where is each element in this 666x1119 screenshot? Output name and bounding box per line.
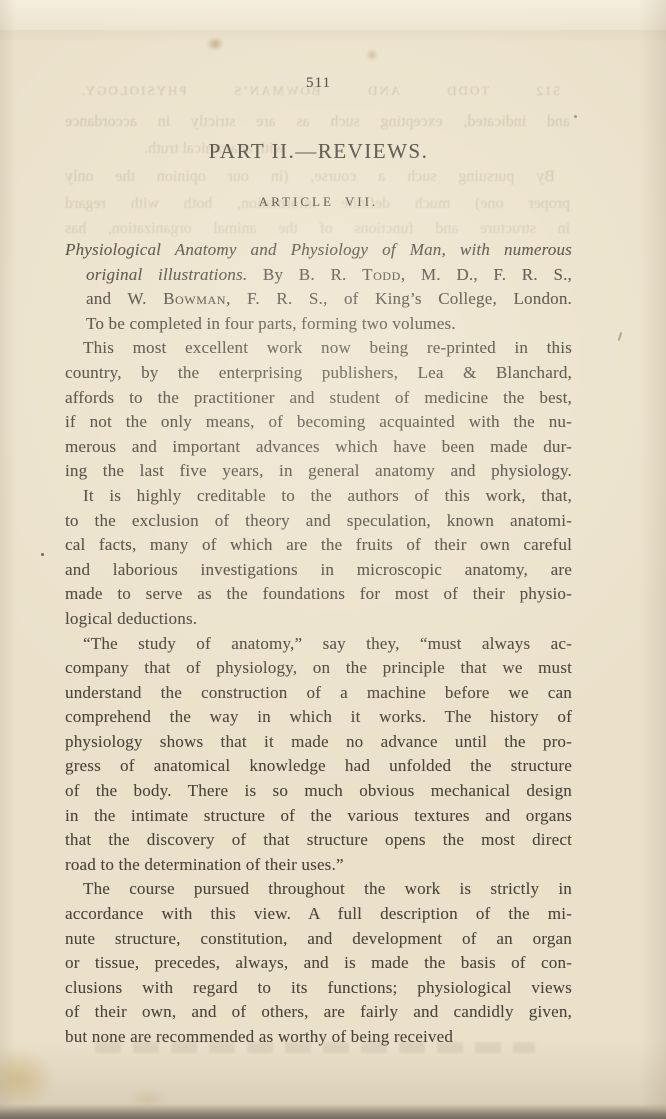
body-text-line: The course pursued throughout the work i… bbox=[65, 877, 572, 902]
body-text-line: country, by the enterprising publishers,… bbox=[65, 361, 572, 386]
body-text-line: “The study of anatomy,” say they, “must … bbox=[65, 632, 572, 657]
text-block: Physiological Anatomy and Physiology of … bbox=[65, 238, 572, 1050]
citation-segment: original illustrations. bbox=[86, 265, 247, 284]
body-text-line: physiology shows that it made no advance… bbox=[65, 730, 572, 755]
body-text-line: that the discovery of that structure ope… bbox=[65, 828, 572, 853]
body-text-line: of the body. There is so much obvious me… bbox=[65, 779, 572, 804]
citation-line: Physiological Anatomy and Physiology of … bbox=[65, 238, 572, 263]
body-text-line: road to the determination of their uses.… bbox=[65, 853, 572, 878]
body-text-line: to the exclusion of theory and speculati… bbox=[65, 509, 572, 534]
citation-segment: To be completed in four parts, forming t… bbox=[86, 314, 456, 333]
body-text-line: gress of anatomical knowledge had unfold… bbox=[65, 754, 572, 779]
body-text-line: ing the last five years, in general anat… bbox=[65, 459, 572, 484]
citation-line: To be completed in four parts, forming t… bbox=[65, 312, 572, 337]
citation-segment: , M. D., F. R. S., bbox=[401, 265, 572, 284]
citation-segment: Todd bbox=[362, 265, 401, 284]
page-number: 511 bbox=[65, 75, 572, 92]
body-text-line: company that of physiology, on the princ… bbox=[65, 656, 572, 681]
body-text-line: or tissue, precedes, always, and is made… bbox=[65, 951, 572, 976]
citation-line: original illustrations. By B. R. Todd, M… bbox=[65, 263, 572, 288]
body-text-line: clusions with regard to its functions; p… bbox=[65, 976, 572, 1001]
body-text-line: nute structure, constitution, and develo… bbox=[65, 927, 572, 952]
body-text-line: affords to the practitioner and student … bbox=[65, 386, 572, 411]
citation-segment: and W. bbox=[86, 289, 163, 308]
body-text-line: It is highly creditable to the authors o… bbox=[65, 484, 572, 509]
body-text-line: and laborious investigations in microsco… bbox=[65, 558, 572, 583]
body-text-line: of their own, and of others, are fairly … bbox=[65, 1000, 572, 1025]
bleedthrough-text: and indicated, excepting such as are str… bbox=[65, 113, 570, 131]
body-text-line: understand the construction of a machine… bbox=[65, 681, 572, 706]
body-text-line: cal facts, many of which are the fruits … bbox=[65, 533, 572, 558]
body-text-line: if not the only means, of becoming acqua… bbox=[65, 410, 572, 435]
citation-segment: By B. R. bbox=[247, 265, 362, 284]
citation-segment: , F. R. S., of King’s College, London. bbox=[226, 289, 572, 308]
body-text-line: but none are recommended as worthy of be… bbox=[65, 1025, 572, 1050]
bleedthrough-text: in structure and functions of the animal… bbox=[65, 220, 570, 238]
body-text-line: made to serve as the foundations for mos… bbox=[65, 582, 572, 607]
body-text-line: logical deductions. bbox=[65, 607, 572, 632]
part-heading: PART II.—REVIEWS. bbox=[65, 139, 572, 164]
body-text-line: comprehend the way in which it works. Th… bbox=[65, 705, 572, 730]
page-top-crease bbox=[0, 30, 666, 42]
body-text-line: accordance with this view. A full descri… bbox=[65, 902, 572, 927]
citation-line: and W. Bowman, F. R. S., of King’s Colle… bbox=[65, 287, 572, 312]
article-heading: ARTICLE VII. bbox=[65, 194, 572, 210]
scanned-book-page: 512 TODD AND BOWMAN’S PHYSIOLOGY.and ind… bbox=[0, 0, 666, 1119]
citation-segment: Bowman bbox=[163, 289, 226, 308]
scan-bottom-edge bbox=[0, 1104, 666, 1119]
bleedthrough-text: By pursuing such a course, (in our opini… bbox=[65, 168, 555, 186]
body-text-line: in the intimate structure of the various… bbox=[65, 804, 572, 829]
body-text-line: This most excellent work now being re-pr… bbox=[65, 336, 572, 361]
citation-segment: Physiological Anatomy and Physiology of … bbox=[65, 240, 572, 259]
body-text-line: merous and important advances which have… bbox=[65, 435, 572, 460]
